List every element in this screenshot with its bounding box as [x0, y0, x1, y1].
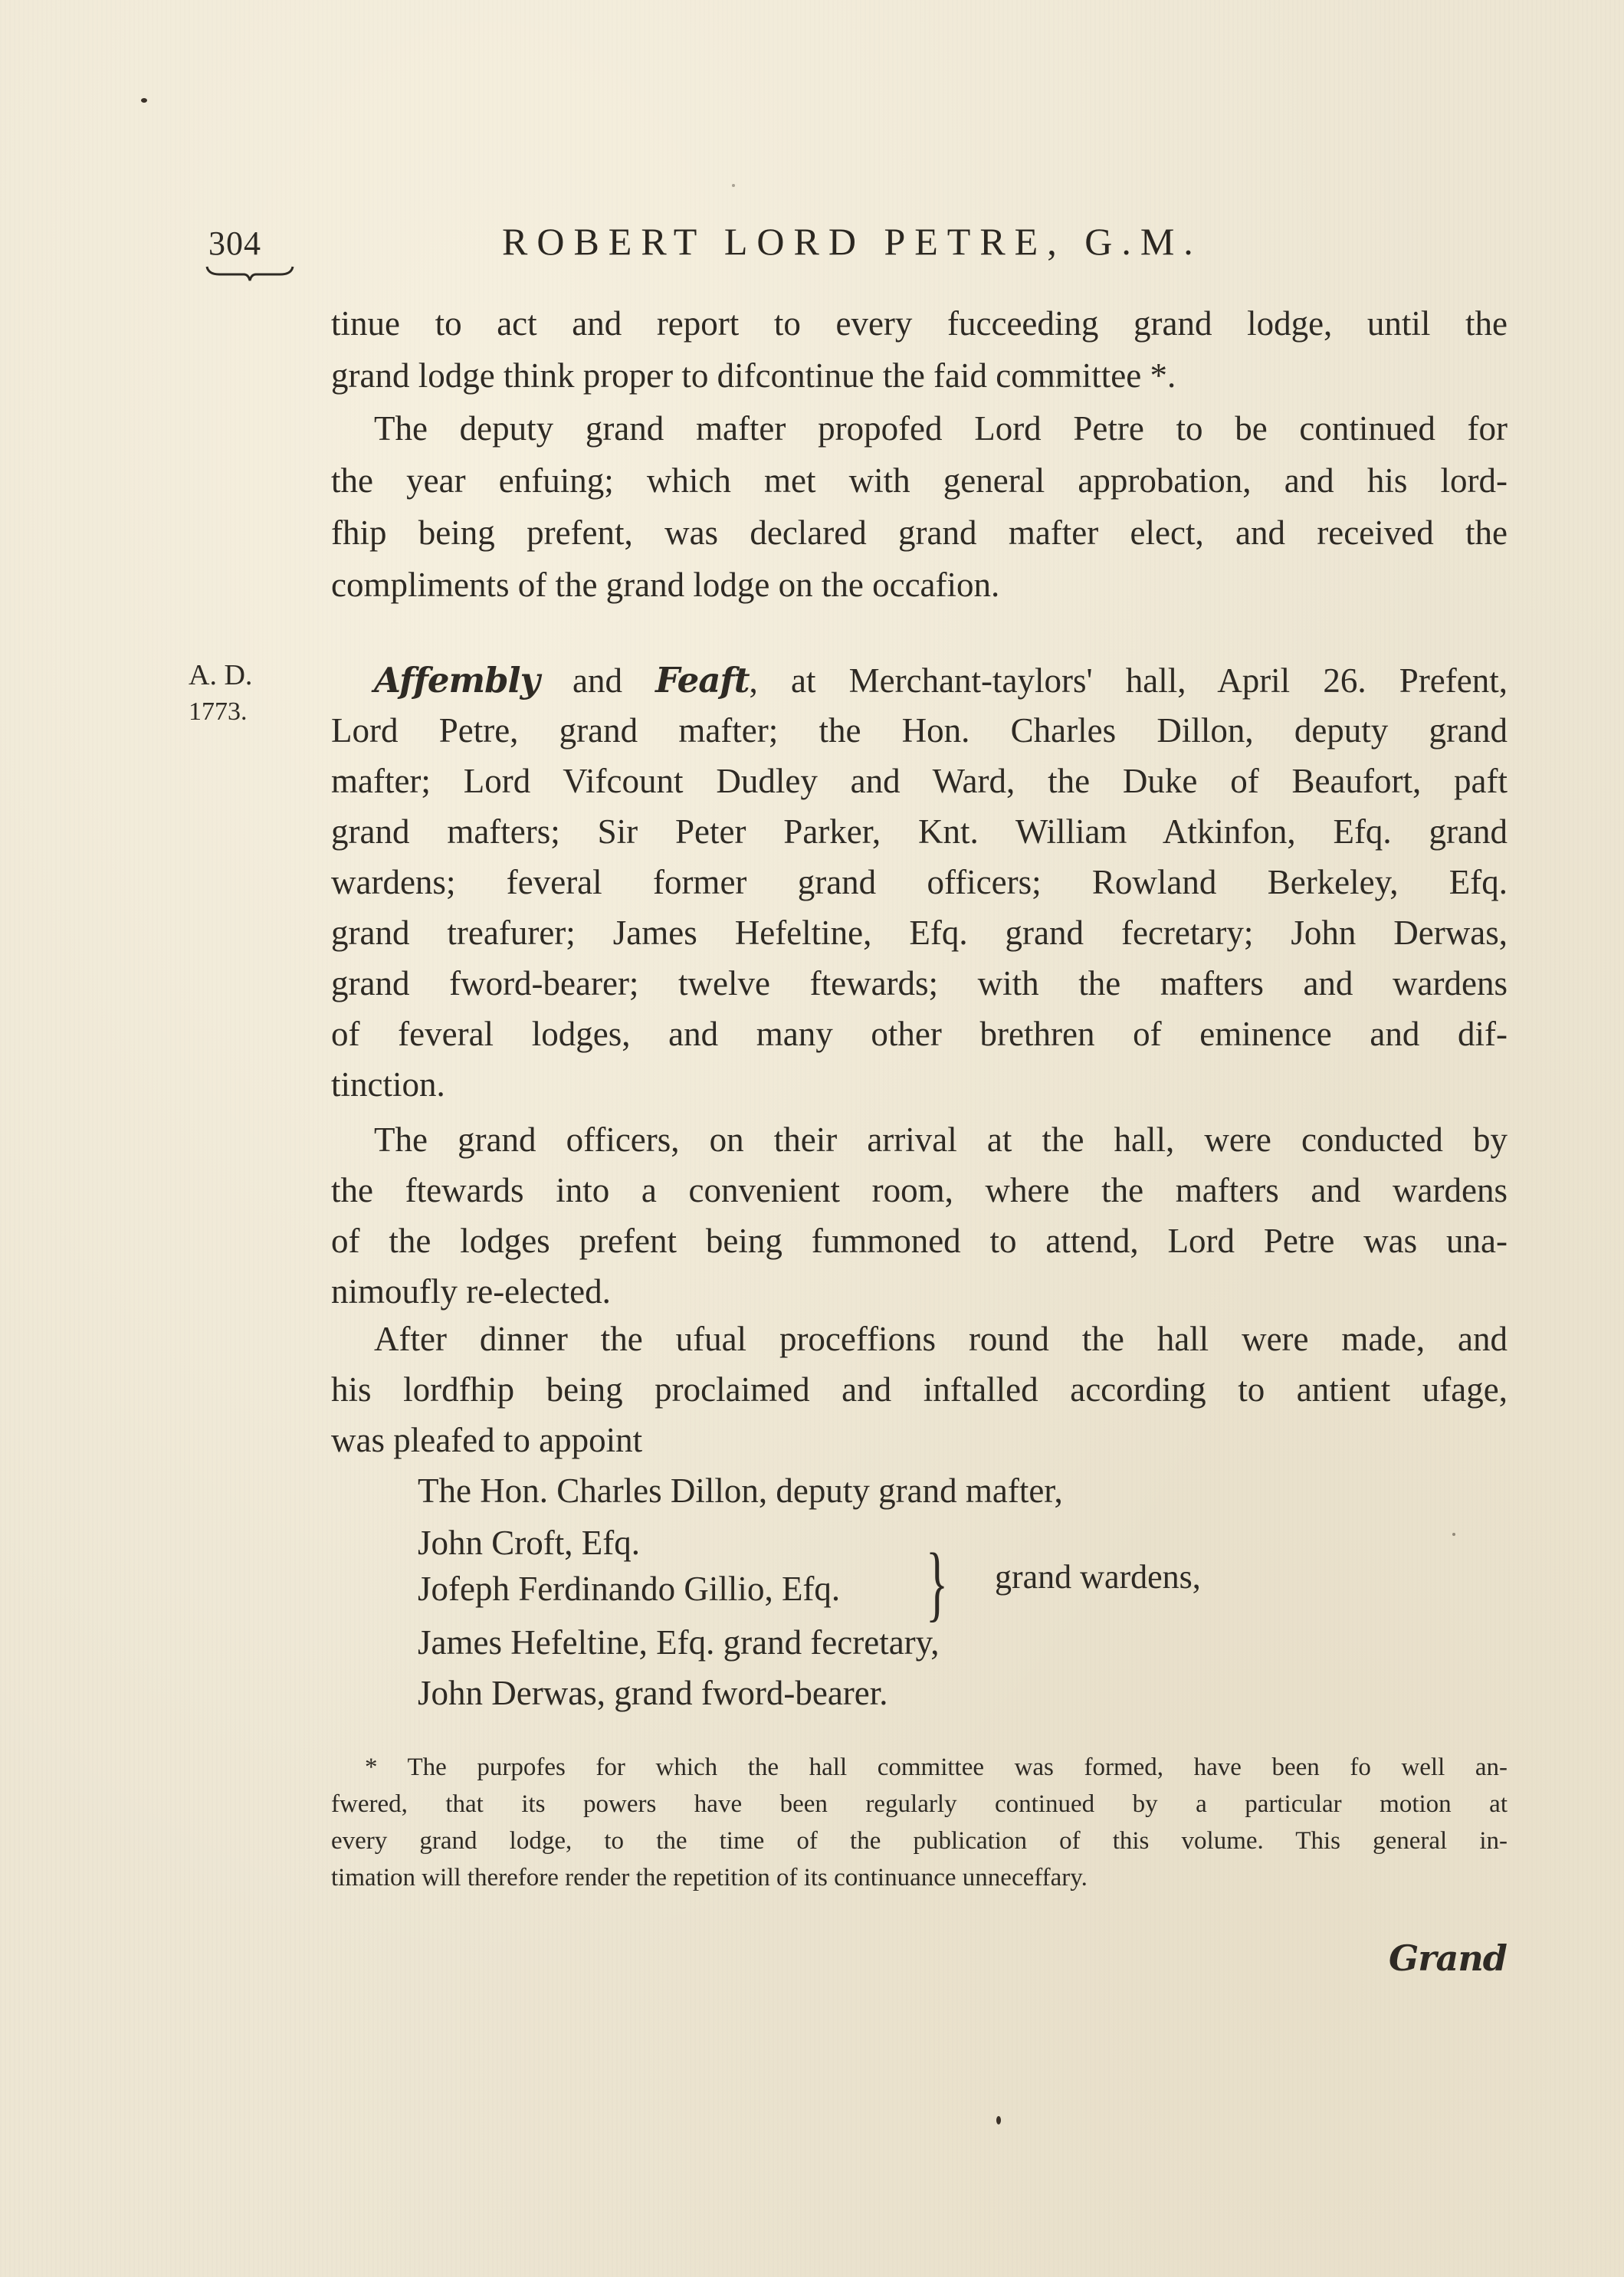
- blackletter-heading-assembly: Affembly: [374, 660, 540, 700]
- paper-speck: [1452, 1533, 1455, 1536]
- text-line: The grand officers, on their arrival at …: [331, 1123, 1508, 1161]
- curly-brace-icon: }: [926, 1540, 948, 1625]
- text-line: the year enfuing; which met with general…: [331, 464, 1508, 502]
- paper-speck: [732, 184, 735, 187]
- footnote-line: * The purpofes for which the hall commit…: [331, 1755, 1508, 1784]
- text-line: grand lodge think proper to difcontinue …: [331, 359, 1176, 397]
- text-line: his lordfhip being proclaimed and inftal…: [331, 1373, 1508, 1411]
- text-line: The deputy grand mafter propofed Lord Pe…: [331, 412, 1508, 450]
- page-number: 304: [208, 224, 261, 263]
- page-number-underbrace-icon: [205, 265, 294, 282]
- margin-note-year-label: A. D.: [189, 661, 252, 690]
- footnote-line: timation will therefore render the repet…: [331, 1865, 1088, 1895]
- appointment-item: John Derwas, grand fword-bearer.: [418, 1676, 888, 1714]
- running-title: ROBERT LORD PETRE, G.M.: [502, 219, 1202, 264]
- text-span: , at Merchant-taylors' hall, April 26. P…: [750, 661, 1508, 700]
- text-line: the ftewards into a convenient room, whe…: [331, 1173, 1508, 1212]
- connector-text: and: [540, 661, 655, 700]
- appointment-item: John Croft, Efq.: [418, 1526, 640, 1564]
- text-line: mafter; Lord Vifcount Dudley and Ward, t…: [331, 764, 1508, 802]
- appointment-item: The Hon. Charles Dillon, deputy grand ma…: [418, 1474, 1063, 1512]
- blackletter-heading-feast: Feaft: [655, 660, 749, 700]
- footnote-line: every grand lodge, to the time of the pu…: [331, 1829, 1508, 1858]
- catchword: Grand: [1389, 1937, 1507, 1979]
- text-line: wardens; feveral former grand officers; …: [331, 865, 1508, 904]
- text-line: tinue to act and report to every fucceed…: [331, 307, 1508, 345]
- book-page: 304 ROBERT LORD PETRE, G.M. tinue to act…: [0, 0, 1624, 2277]
- text-line: Affembly and Feaft, at Merchant-taylors'…: [331, 663, 1508, 701]
- text-line: of the lodges prefent being fummoned to …: [331, 1224, 1508, 1262]
- text-line: Lord Petre, grand mafter; the Hon. Charl…: [331, 714, 1508, 752]
- footnote-line: fwered, that its powers have been regula…: [331, 1792, 1508, 1821]
- appointment-item: James Hefeltine, Efq. grand fecretary,: [418, 1626, 940, 1664]
- paper-speck: [141, 98, 147, 103]
- text-line: compliments of the grand lodge on the oc…: [331, 568, 999, 606]
- text-line: nimoufly re-elected.: [331, 1275, 611, 1313]
- text-line: grand treafurer; James Hefeltine, Efq. g…: [331, 916, 1508, 954]
- margin-note-year: 1773.: [189, 699, 248, 725]
- text-line: fhip being prefent, was declared grand m…: [331, 516, 1508, 554]
- text-line: was pleafed to appoint: [331, 1423, 642, 1462]
- appointment-item: Jofeph Ferdinando Gillio, Efq.: [418, 1572, 840, 1610]
- brace-label: grand wardens,: [995, 1557, 1201, 1596]
- text-line: After dinner the ufual proceffions round…: [331, 1322, 1508, 1360]
- text-line: grand fword-bearer; twelve ftewards; wit…: [331, 966, 1508, 1005]
- text-line: grand mafters; Sir Peter Parker, Knt. Wi…: [331, 815, 1508, 853]
- text-line: of feveral lodges, and many other brethr…: [331, 1017, 1508, 1055]
- paper-speck: [996, 2116, 1001, 2124]
- text-line: tinction.: [331, 1068, 445, 1106]
